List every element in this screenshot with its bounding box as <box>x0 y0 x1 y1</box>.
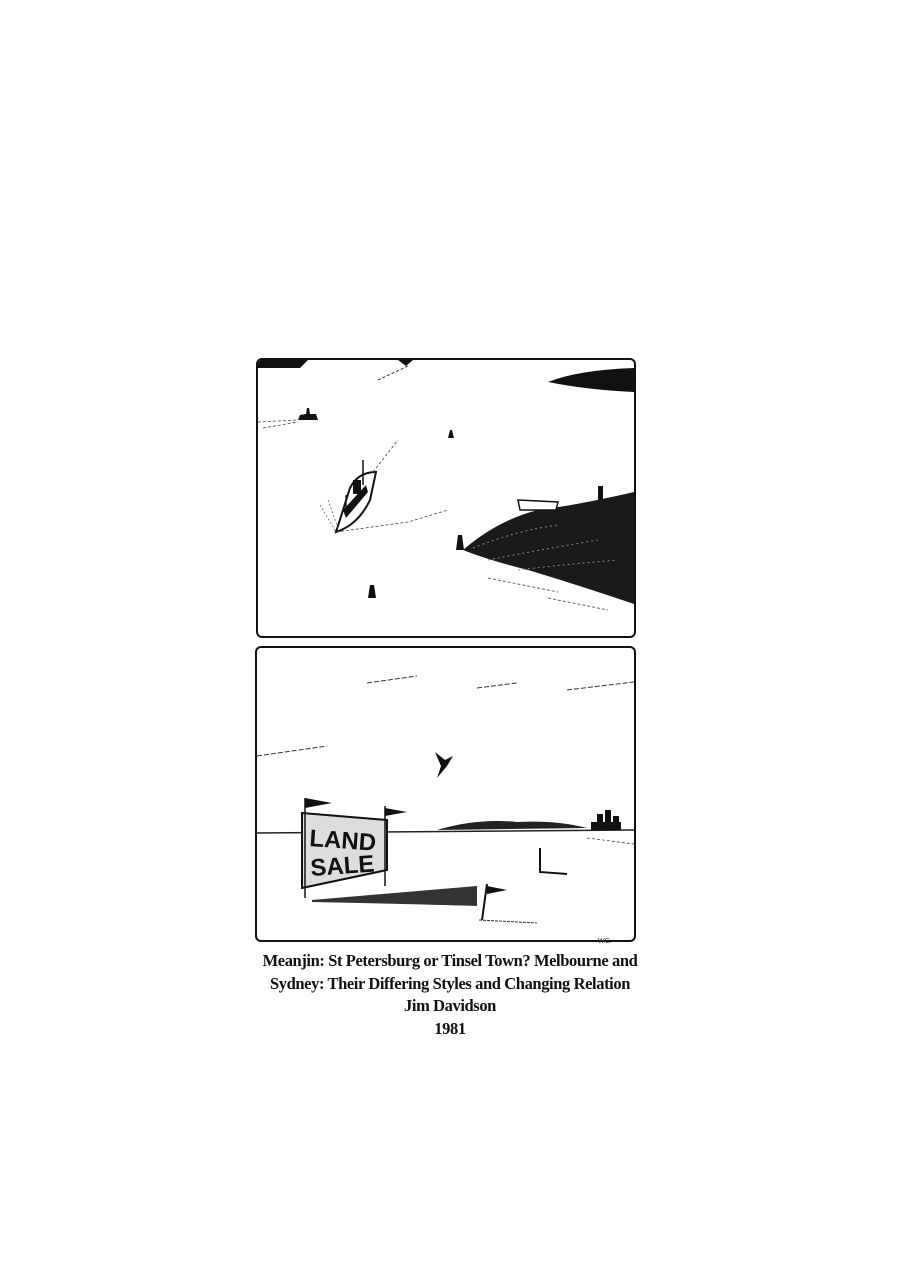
caption-year: 1981 <box>230 1018 670 1041</box>
caption-title-line-1: Meanjin: St Petersburg or Tinsel Town? M… <box>230 950 670 973</box>
caption-title-line-2: Sydney: Their Differing Styles and Chang… <box>230 973 670 996</box>
harbour-illustration <box>256 358 636 638</box>
svg-text:SALE: SALE <box>310 851 376 882</box>
land-sale-illustration: LAND SALE <box>255 646 636 942</box>
caption: Meanjin: St Petersburg or Tinsel Town? M… <box>230 950 670 1040</box>
caption-author: Jim Davidson <box>230 995 670 1018</box>
artist-signature: WC. <box>598 938 612 945</box>
